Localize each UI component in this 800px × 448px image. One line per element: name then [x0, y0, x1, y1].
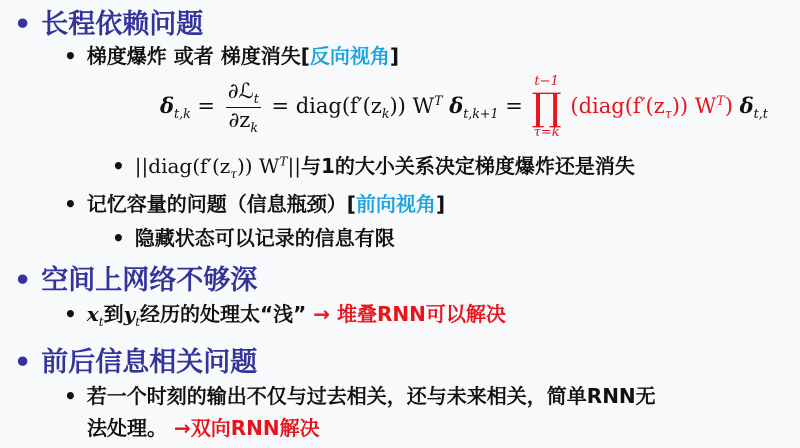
red-diag-term2: )) W — [672, 94, 717, 118]
heading-context-dependency: •前后信息相关问题 — [14, 340, 257, 379]
bullet-icon: • — [64, 384, 77, 408]
gradient-equation: δt,k = ∂ℒt ∂zk = diag(f′(zk)) WT δt,k+1 … — [160, 74, 800, 154]
heading-long-range-dependency: •长程依赖问题 — [14, 2, 203, 41]
item-gradient-explode-vanish: •梯度爆炸 或者 梯度消失[反向视角] — [64, 40, 399, 69]
red-sup: T — [716, 93, 724, 108]
heading-text: 长程依赖问题 — [41, 9, 203, 40]
heading-text: 空间上网络不够深 — [41, 265, 257, 296]
item-text: 经历的处理太“浅” — [140, 302, 306, 326]
norm-bars: || — [287, 154, 300, 178]
diag-term: = diag(f′(z — [271, 94, 381, 118]
red-close: ) — [725, 94, 733, 118]
bullet-icon: • — [64, 192, 77, 216]
red-sub: τ — [665, 106, 672, 121]
bidirectional-rnn-solution: →双向RNN解决 — [174, 416, 320, 440]
item-memory-capacity: •记忆容量的问题（信息瓶颈）[前向视角] — [64, 188, 445, 217]
red-diag-term: (diag(f′(z — [570, 94, 664, 118]
heading-text: 前后信息相关问题 — [41, 347, 257, 378]
item-future-dependency-cont: 法处理。 →双向RNN解决 — [87, 412, 320, 441]
norm-math2: )) W — [237, 154, 280, 178]
delta-symbol: δ — [160, 93, 174, 118]
bracket-close: ] — [390, 44, 399, 68]
bracket-close: ] — [436, 192, 445, 216]
bullet-icon: • — [112, 226, 125, 250]
subitem-norm-condition: •||diag(f′(zτ)) WT||与1的大小关系决定梯度爆炸还是消失 — [112, 150, 635, 181]
bullet-icon: • — [14, 265, 31, 296]
delta-tail-sub: t,t — [754, 106, 768, 121]
frac-num: ∂ℒ — [228, 79, 254, 103]
bullet-icon: • — [64, 302, 77, 326]
item-shallow-processing: •xt到yt经历的处理太“浅” → 堆叠RNN可以解决 — [64, 298, 506, 329]
stacked-rnn-solution: → 堆叠RNN可以解决 — [313, 302, 506, 326]
product-operator: t−1 ∏ τ=k — [531, 74, 561, 140]
y-var: y — [124, 302, 136, 326]
bullet-icon: • — [64, 44, 77, 68]
x-var: x — [87, 302, 99, 326]
item-text-line1: 若一个时刻的输出不仅与过去相关，还与未来相关，简单RNN无 — [87, 384, 656, 408]
heading-network-depth: •空间上网络不够深 — [14, 258, 257, 297]
to-text: 到 — [104, 302, 124, 326]
bullet-icon: • — [14, 347, 31, 378]
partial-fraction: ∂ℒt ∂zk — [226, 79, 261, 134]
subitem-hidden-state: •隐藏状态可以记录的信息有限 — [112, 222, 395, 251]
item-future-dependency: •若一个时刻的输出不仅与过去相关，还与未来相关，简单RNN无 — [64, 380, 656, 409]
bullet-icon: • — [112, 154, 125, 178]
delta-next: δ — [449, 93, 463, 118]
frac-den-sub: k — [250, 120, 258, 135]
delta-sub: t,k — [174, 106, 191, 121]
norm-sub: τ — [230, 167, 237, 181]
norm-text: 与1的大小关系决定梯度爆炸还是消失 — [301, 154, 635, 178]
item-text-line2: 法处理。 — [87, 416, 167, 440]
frac-num-sub: t — [254, 92, 259, 107]
norm-math: ||diag(f′(z — [135, 154, 231, 178]
delta-tail: δ — [740, 93, 754, 118]
frac-den: ∂z — [228, 108, 250, 132]
item-text: 记忆容量的问题（信息瓶颈）[ — [87, 192, 356, 216]
backward-view-label: 反向视角 — [310, 44, 390, 68]
forward-view-label: 前向视角 — [356, 192, 436, 216]
transpose-sup: T — [434, 93, 442, 108]
equals-2: = — [505, 94, 523, 118]
subitem-text: 隐藏状态可以记录的信息有限 — [135, 226, 395, 250]
prod-symbol: ∏ — [531, 89, 561, 125]
equals: = — [197, 94, 215, 118]
item-text: 梯度爆炸 或者 梯度消失[ — [87, 44, 310, 68]
prod-lower: τ=k — [531, 125, 561, 140]
bullet-icon: • — [14, 9, 31, 40]
delta-next-sub: t,k+1 — [463, 106, 498, 121]
diag-term2: )) W — [389, 94, 434, 118]
